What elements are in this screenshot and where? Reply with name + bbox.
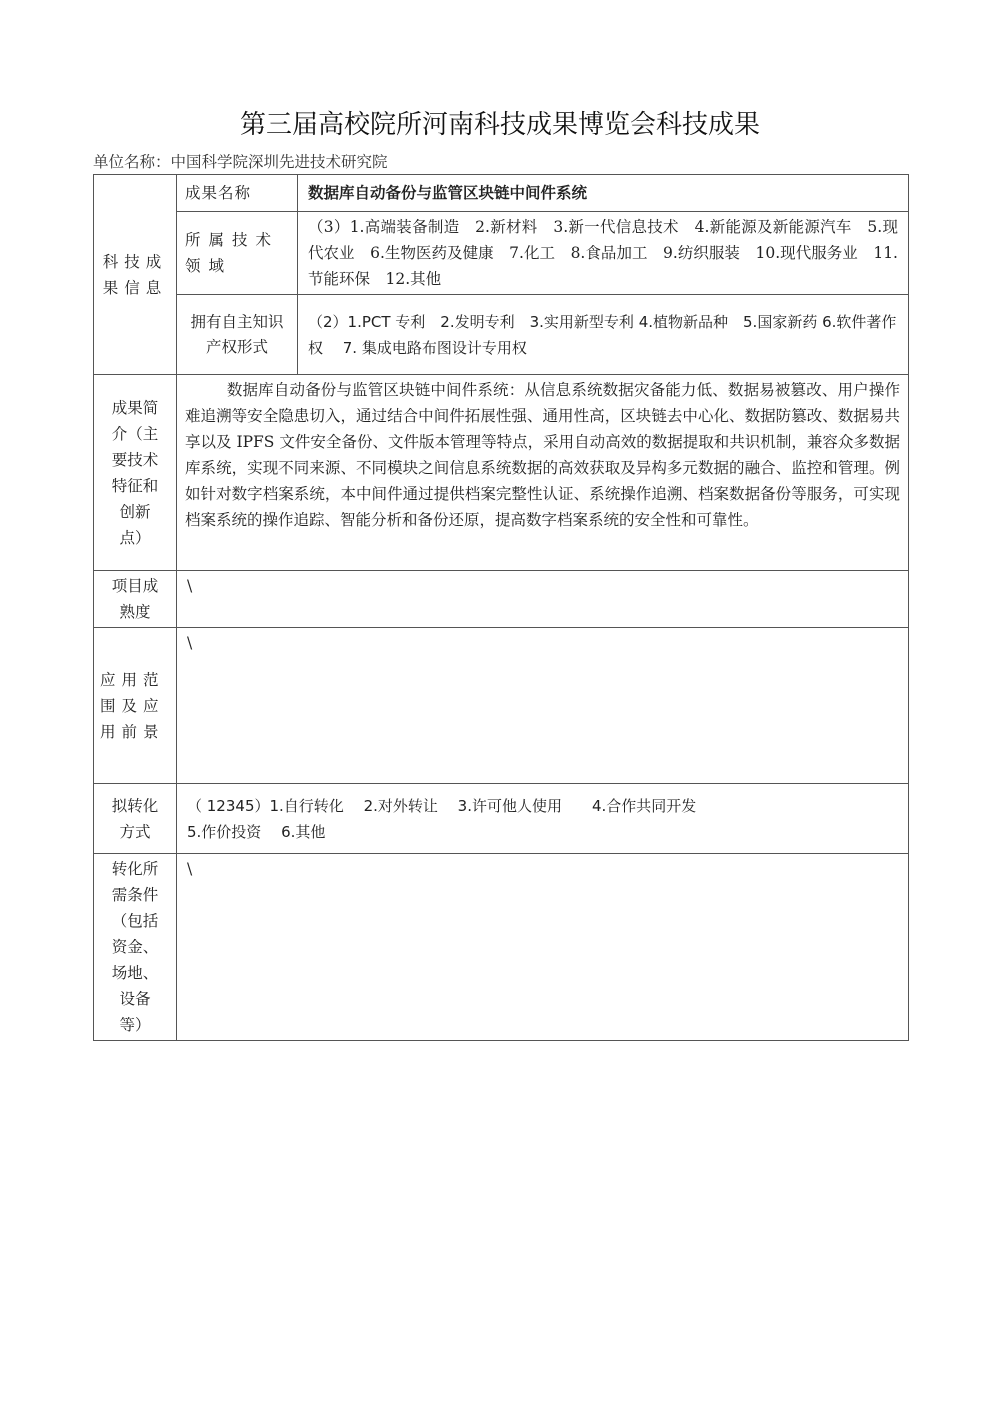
value-maturity: \ [177,571,909,628]
label-maturity: 项目成熟度 [94,571,177,628]
value-achievement-name: 数据库自动备份与监管区块链中间件系统 [298,175,909,212]
label-ip-line2: 产权形式 [181,335,293,360]
label-ip-line1: 拥有自主知识 [181,310,293,335]
table-row-name: 科技成果信息 成果名称 数据库自动备份与监管区块链中间件系统 [94,175,909,212]
section-label-info: 科技成果信息 [94,175,177,375]
table-row-maturity: 项目成熟度 \ [94,571,909,628]
table-row-transfer: 拟转化方式 （ 12345）1.自行转化 2.对外转让 3.许可他人使用 4.合… [94,784,909,854]
label-ip-form: 拥有自主知识 产权形式 [177,295,298,375]
value-ip-form: （2）1.PCT 专利 2.发明专利 3.实用新型专利 4.植物新品种 5.国家… [298,295,909,375]
unit-name: 中国科学院深圳先进技术研究院 [171,153,388,171]
table-row-summary: 成果简介（主要技术特征和创新点） 数据库自动备份与监管区块链中间件系统：从信息系… [94,375,909,571]
unit-line: 单位名称：中国科学院深圳先进技术研究院 [93,150,388,172]
table-row-conditions: 转化所需条件（包括资金、场地、设备等） \ [94,854,909,1041]
label-transfer: 拟转化方式 [94,784,177,854]
label-achievement-name: 成果名称 [177,175,298,212]
value-conditions: \ [177,854,909,1041]
table-row-field: 所属技术领域 （3）1.高端装备制造 2.新材料 3.新一代信息技术 4.新能源… [94,212,909,295]
label-application: 应用范围及应用前景 [94,628,177,784]
table-row-ip: 拥有自主知识 产权形式 （2）1.PCT 专利 2.发明专利 3.实用新型专利 … [94,295,909,375]
document-title: 第三届高校院所河南科技成果博览会科技成果 [0,104,1000,141]
value-transfer-line2: 5.作价投资 6.其他 [187,819,898,845]
value-tech-field: （3）1.高端装备制造 2.新材料 3.新一代信息技术 4.新能源及新能源汽车 … [298,212,909,295]
value-summary: 数据库自动备份与监管区块链中间件系统：从信息系统数据灾备能力低、数据易被篡改、用… [177,375,909,571]
label-tech-field: 所属技术领域 [177,212,298,295]
label-conditions: 转化所需条件（包括资金、场地、设备等） [94,854,177,1041]
value-transfer: （ 12345）1.自行转化 2.对外转让 3.许可他人使用 4.合作共同开发 … [177,784,909,854]
achievement-form-table: 科技成果信息 成果名称 数据库自动备份与监管区块链中间件系统 所属技术领域 （3… [93,174,909,1041]
value-application: \ [177,628,909,784]
label-summary: 成果简介（主要技术特征和创新点） [94,375,177,571]
table-row-application: 应用范围及应用前景 \ [94,628,909,784]
value-transfer-line1: （ 12345）1.自行转化 2.对外转让 3.许可他人使用 4.合作共同开发 [187,793,898,819]
unit-label: 单位名称： [93,153,171,171]
